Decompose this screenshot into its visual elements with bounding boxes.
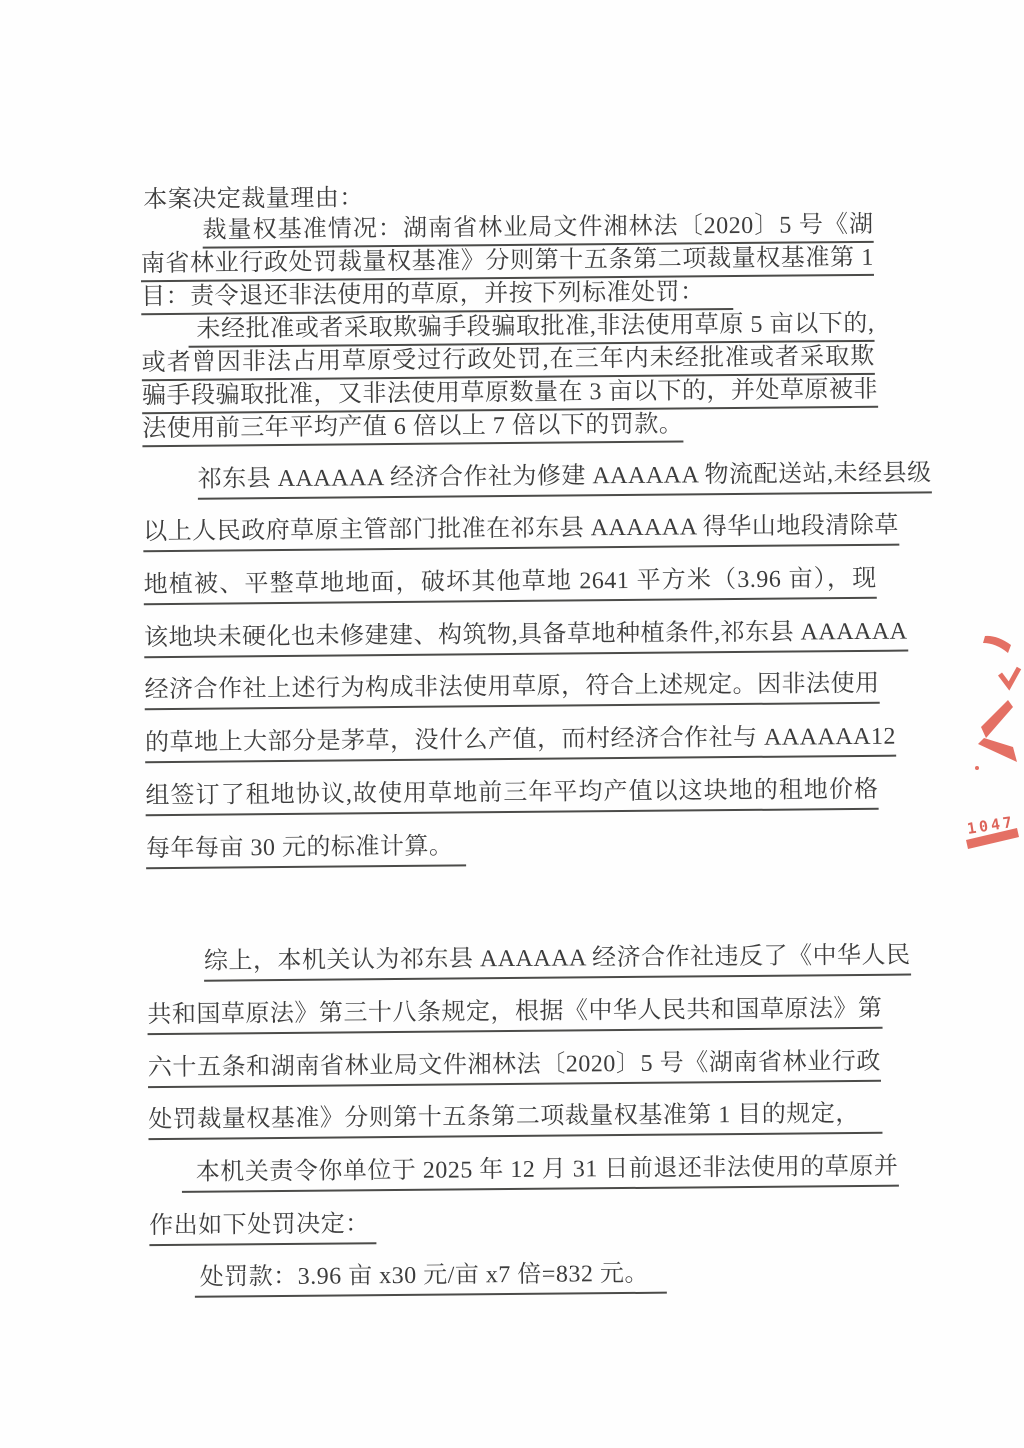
scanned-document-page: 本案决定裁量理由：裁量权基准情况：湖南省林业局文件湘林法〔2020〕5 号《湖南…: [0, 0, 1024, 1448]
stamp-dot: [975, 766, 979, 770]
stamp-check-mark: [1000, 668, 1019, 686]
document-line-text: 该地块未硬化也未修建建、构筑物,具备草地种植条件,祁东县 AAAAAA: [144, 610, 908, 658]
document-line-case-facts: 组签订了租地协议,故使用草地前三年平均产值以这块地的租地价格: [145, 757, 878, 816]
document-line-text: 作出如下处罚决定：: [149, 1203, 376, 1246]
document-line-case-facts: 地植被、平整草地地面，破坏其他草地 2641 平方米（3.96 亩），现: [143, 546, 876, 605]
document-line-text: 综上，本机关认为祁东县 AAAAAA 经济合作社违反了《中华人民: [204, 935, 911, 982]
document-line-text: 每年每亩 30 元的标准计算。: [146, 825, 466, 869]
document-line-text: 祁东县 AAAAAA 经济合作社为修建 AAAAAA 物流配送站,未经县级: [198, 452, 932, 499]
document-line-text: 法使用前三年平均产值 6 倍以上 7 倍以下的罚款。: [142, 403, 683, 447]
document-line-case-facts: 的草地上大部分是茅草，没什么产值，而村经济合作社与 AAAAAA12: [145, 704, 878, 763]
document-line-legal-conclusion: 六十五条和湖南省林业局文件湘林法〔2020〕5 号《湖南省林业行政: [148, 1029, 881, 1088]
document-line-text: 共和国草原法》第三十八条规定，根据《中华人民共和国草原法》第: [147, 988, 882, 1035]
document-line-legal-conclusion: 处罚裁量权基准》分则第十五条第二项裁量权基准第 1 目的规定，: [148, 1081, 881, 1140]
document-line-fine-amount: 处罚款：3.96 亩 x30 元/亩 x7 倍=832 元。: [149, 1239, 882, 1298]
document-line-text: 经济合作社上述行为构成非法使用草原，符合上述规定。因非法使用: [144, 663, 879, 710]
red-stamp-marks-icon: 1047: [953, 612, 1024, 860]
document-line-case-facts: 以上人民政府草原主管部门批准在祁东县 AAAAAA 得华山地段清除草: [143, 493, 876, 552]
document-line-order: 本机关责令你单位于 2025 年 12 月 31 日前退还非法使用的草原并: [149, 1134, 882, 1193]
document-line-text: 以上人民政府草原主管部门批准在祁东县 AAAAAA 得华山地段清除草: [143, 505, 899, 553]
document-line-case-facts: 每年每亩 30 元的标准计算。: [146, 810, 879, 869]
stamp-dash-mark: [983, 636, 1011, 653]
document-line-text: 处罚款：3.96 亩 x30 元/亩 x7 倍=832 元。: [195, 1253, 668, 1298]
document-body: 本案决定裁量理由：裁量权基准情况：湖南省林业局文件湘林法〔2020〕5 号《湖南…: [140, 177, 883, 1299]
document-line-text: 的草地上大部分是茅草，没什么产值，而村经济合作社与 AAAAAA12: [145, 716, 896, 764]
document-line-legal-conclusion: 共和国草原法》第三十八条规定，根据《中华人民共和国草原法》第: [147, 976, 880, 1035]
stamp-character-fragment-upper: [981, 700, 1013, 738]
document-line-order: 作出如下处罚决定：: [149, 1187, 882, 1246]
document-line-case-facts: 祁东县 AAAAAA 经济合作社为修建 AAAAAA 物流配送站,未经县级: [142, 441, 875, 500]
document-line-case-facts: 经济合作社上述行为构成非法使用草原，符合上述规定。因非法使用: [144, 652, 877, 711]
stamp-character-fragment-lower: [978, 738, 1017, 762]
document-line-text: 组签订了租地协议,故使用草地前三年平均产值以这块地的租地价格: [145, 769, 878, 816]
document-line-text: 本机关责令你单位于 2025 年 12 月 31 日前退还非法使用的草原并: [182, 1146, 899, 1193]
document-line-text: 处罚裁量权基准》分则第十五条第二项裁量权基准第 1 目的规定，: [148, 1093, 882, 1140]
document-line-text: 地植被、平整草地地面，破坏其他草地 2641 平方米（3.96 亩），现: [143, 558, 876, 605]
document-line-case-facts: 该地块未硬化也未修建建、构筑物,具备草地种植条件,祁东县 AAAAAA: [144, 599, 877, 658]
document-line-legal-conclusion: 综上，本机关认为祁东县 AAAAAA 经济合作社违反了《中华人民: [147, 923, 880, 982]
document-line-text: 六十五条和湖南省林业局文件湘林法〔2020〕5 号《湖南省林业行政: [148, 1040, 881, 1087]
